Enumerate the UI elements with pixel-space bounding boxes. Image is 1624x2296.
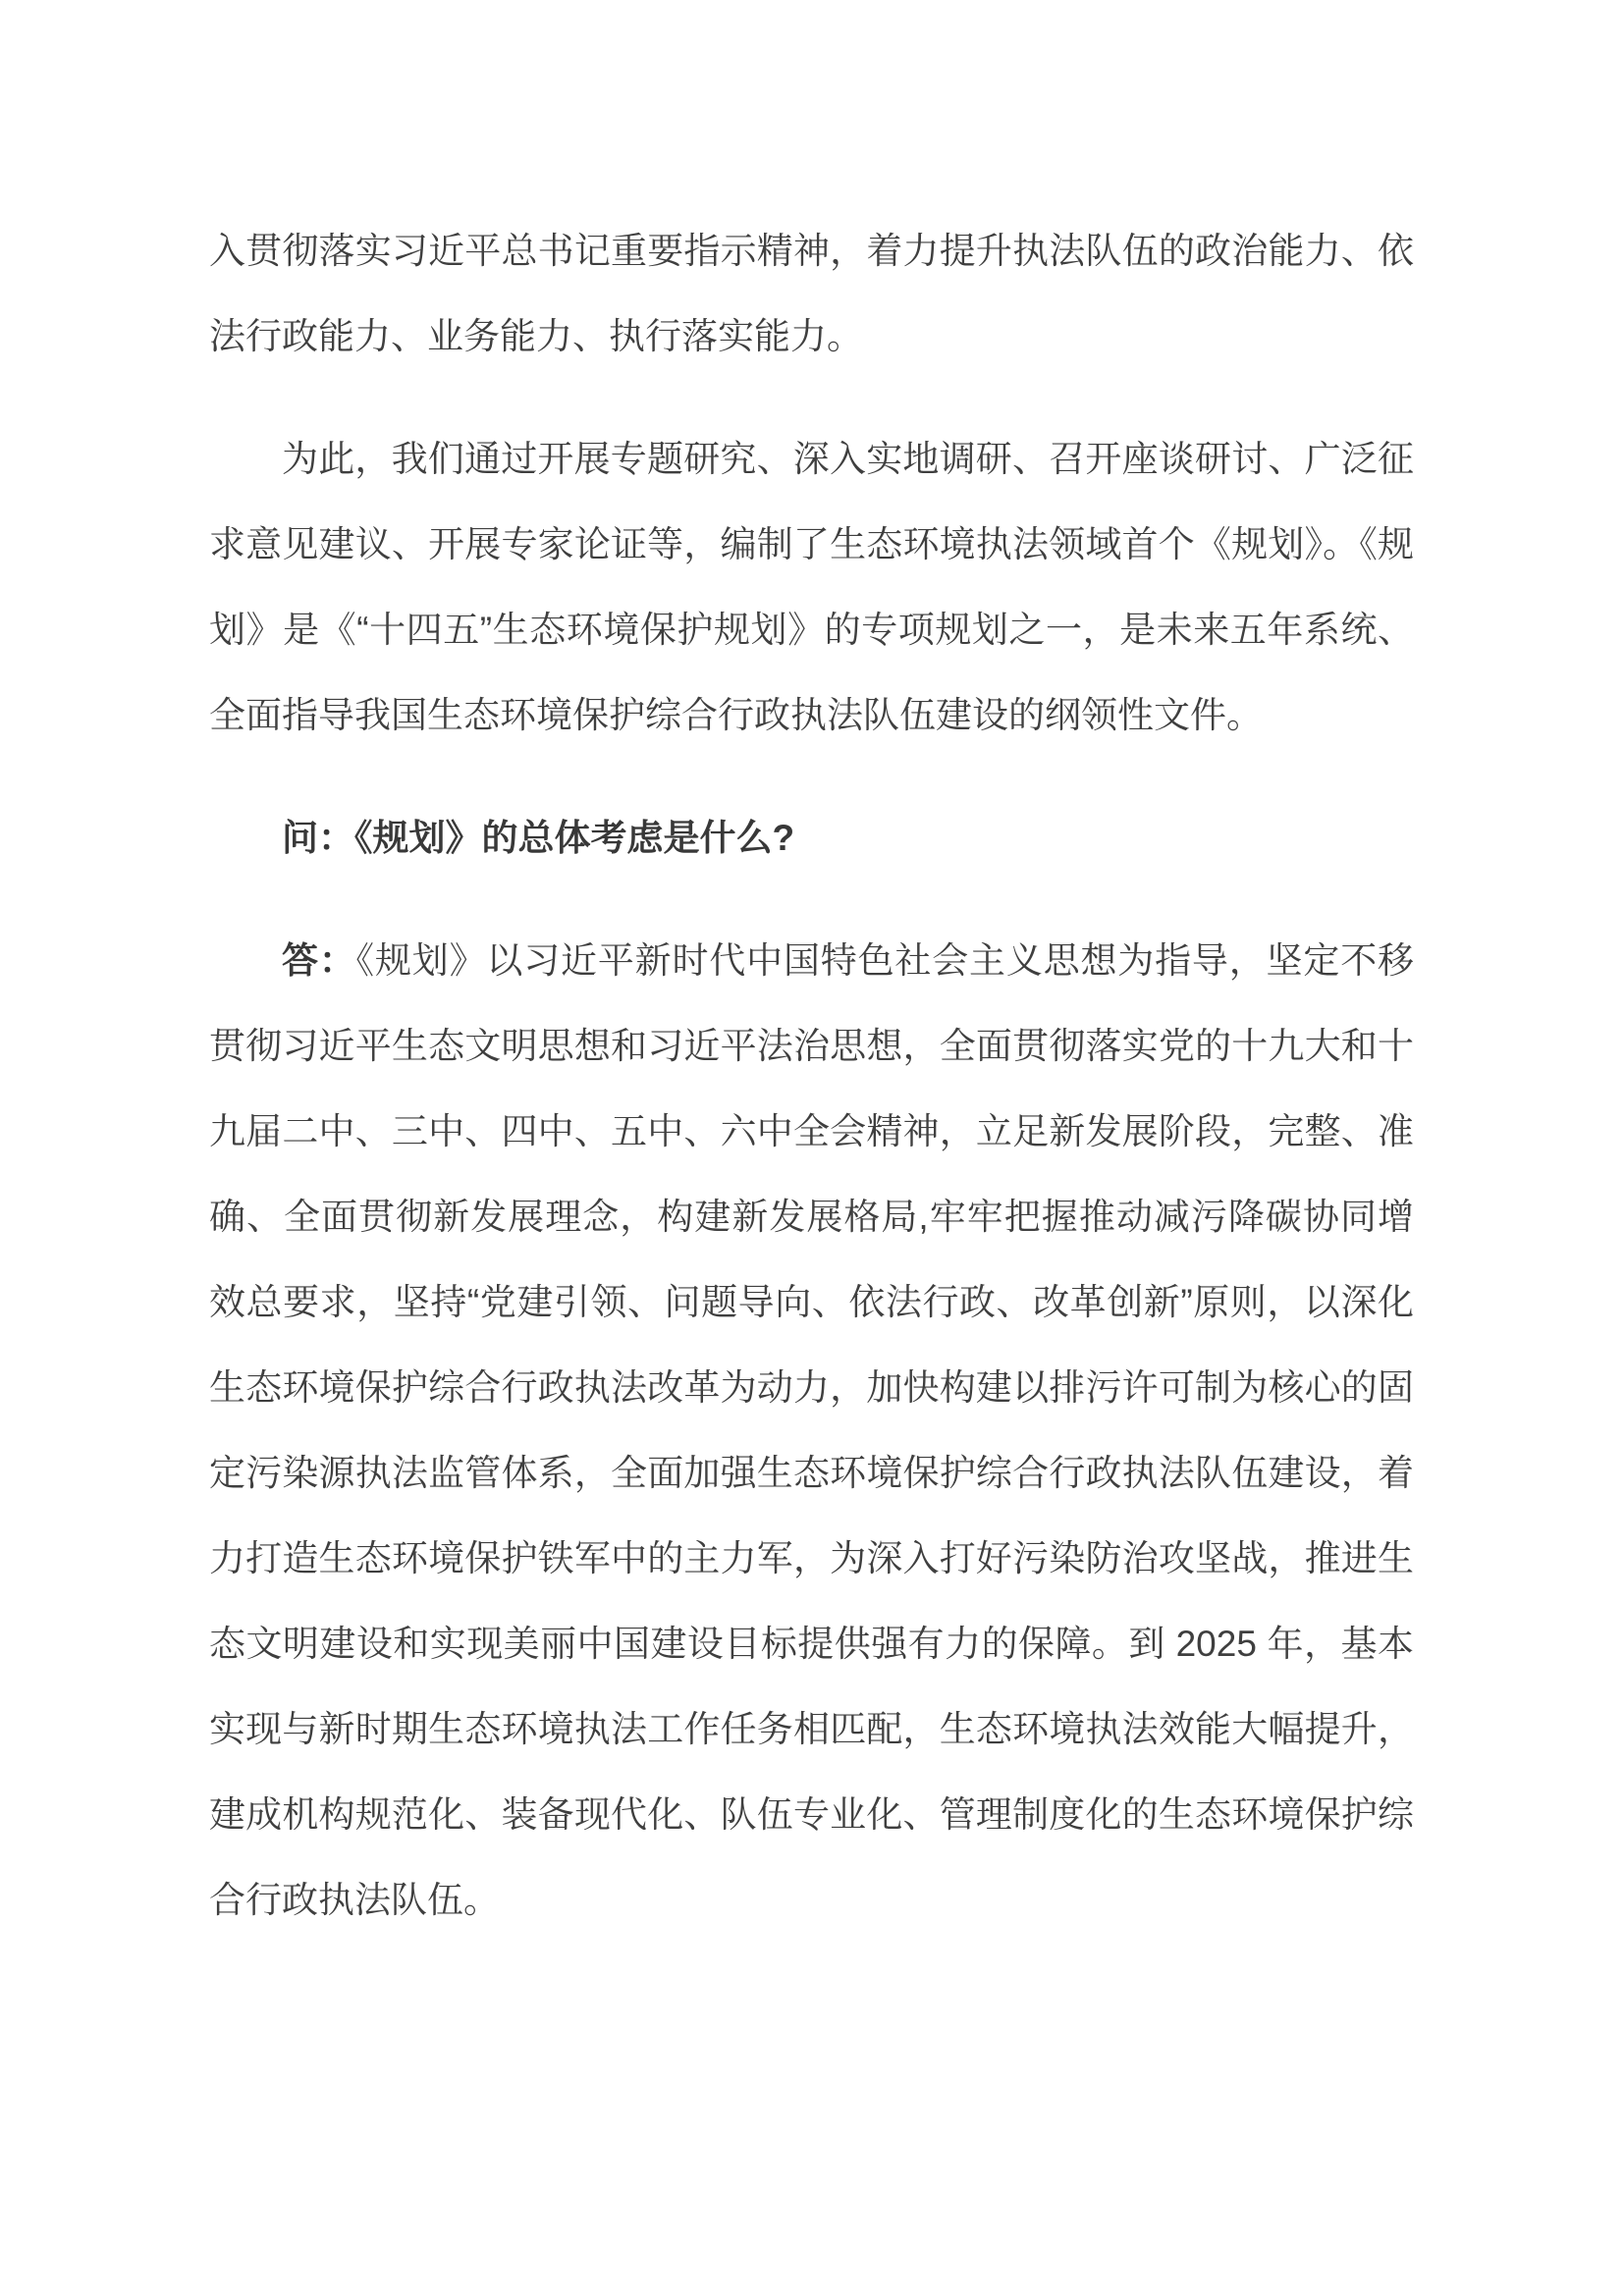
answer-prefix: 答： (282, 940, 356, 981)
document-page: 入贯彻落实习近平总书记重要指示精神，着力提升执法队伍的政治能力、依法行政能力、业… (0, 0, 1624, 2296)
paragraph-continuation: 入贯彻落实习近平总书记重要指示精神，着力提升执法队伍的政治能力、依法行政能力、业… (209, 208, 1414, 379)
paragraph-plan-overview: 为此，我们通过开展专题研究、深入实地调研、召开座谈研讨、广泛征求意见建议、开展专… (209, 416, 1414, 758)
answer-body-text: 《规划》以习近平新时代中国特色社会主义思想为指导，坚定不移贯彻习近平生态文明思想… (209, 940, 1414, 1920)
document-body: 入贯彻落实习近平总书记重要指示精神，着力提升执法队伍的政治能力、依法行政能力、业… (209, 208, 1414, 1943)
question-heading: 问：《规划》的总体考虑是什么? (209, 795, 1414, 881)
paragraph-answer: 答：《规划》以习近平新时代中国特色社会主义思想为指导，坚定不移贯彻习近平生态文明… (209, 918, 1414, 1943)
